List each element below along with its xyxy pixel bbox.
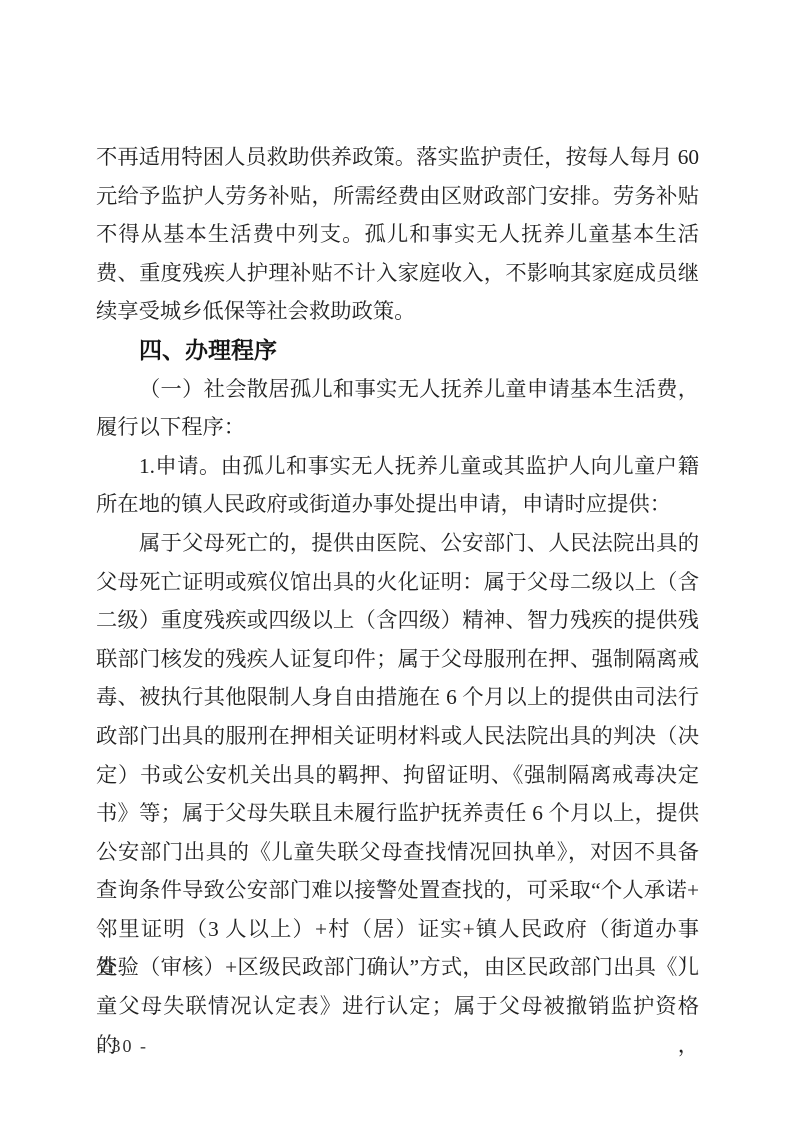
text-line: 父母死亡证明或殡仪馆出具的火化证明：属于父母二级以上（含 xyxy=(96,563,699,602)
text-line: 二级）重度残疾或四级以上（含四级）精神、智力残疾的提供残 xyxy=(96,601,699,640)
document-body: 不再适用特困人员救助供养政策。落实监护责任，按每人每月 60 元给予监护人劳务补… xyxy=(96,138,699,1026)
text-line: 不再适用特困人员救助供养政策。落实监护责任，按每人每月 60 xyxy=(96,138,699,177)
text-line: 不得从基本生活费中列支。孤儿和事实无人抚养儿童基本生活 xyxy=(96,215,699,254)
text-line: 邻里证明（3 人以上）+村（居）证实+镇人民政府（街道办事处） xyxy=(96,910,699,949)
text-line: 政部门出具的服刑在押相关证明材料或人民法院出具的判决（决 xyxy=(96,717,699,756)
text-line: 属于父母死亡的，提供由医院、公安部门、人民法院出具的 xyxy=(96,524,699,563)
document-page: 不再适用特困人员救助供养政策。落实监护责任，按每人每月 60 元给予监护人劳务补… xyxy=(0,0,793,1122)
text-line: 公安部门出具的《儿童失联父母查找情况回执单》，对因不具备 xyxy=(96,833,699,872)
text-line: 童父母失联情况认定表》进行认定；属于父母被撤销监护资格的， xyxy=(96,987,699,1026)
text-line: 续享受城乡低保等社会救助政策。 xyxy=(96,292,699,331)
text-line: 所在地的镇人民政府或街道办事处提出申请，申请时应提供： xyxy=(96,485,699,524)
text-line: 履行以下程序： xyxy=(96,408,699,447)
text-line: 元给予监护人劳务补贴，所需经费由区财政部门安排。劳务补贴 xyxy=(96,177,699,216)
text-line: 查询条件导致公安部门难以接警处置查找的，可采取“个人承诺+ xyxy=(96,871,699,910)
text-line: 1.申请。由孤儿和事实无人抚养儿童或其监护人向儿童户籍 xyxy=(96,447,699,486)
text-line: 毒、被执行其他限制人身自由措施在 6 个月以上的提供由司法行 xyxy=(96,678,699,717)
section-heading: 四、办理程序 xyxy=(96,331,699,370)
text-line: 费、重度残疾人护理补贴不计入家庭收入，不影响其家庭成员继 xyxy=(96,254,699,293)
text-line: 查验（审核）+区级民政部门确认”方式，由区民政部门出具《儿 xyxy=(96,948,699,987)
text-line: 书》等；属于父母失联且未履行监护抚养责任 6 个月以上，提供 xyxy=(96,794,699,833)
page-number: - 30 - xyxy=(97,1036,148,1057)
text-line: 定）书或公安机关出具的羁押、拘留证明、《强制隔离戒毒决定 xyxy=(96,756,699,795)
text-line: （一）社会散居孤儿和事实无人抚养儿童申请基本生活费， xyxy=(96,370,699,409)
text-line: 联部门核发的残疾人证复印件；属于父母服刑在押、强制隔离戒 xyxy=(96,640,699,679)
